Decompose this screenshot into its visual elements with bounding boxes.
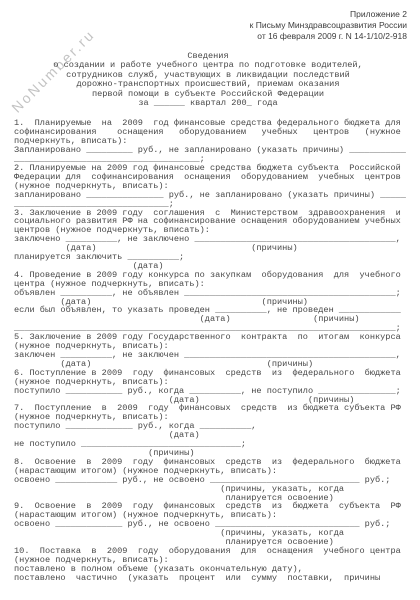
form-item-9: 10. Поставка в 2009 году оборудования дл… xyxy=(14,547,402,583)
form-item-3: 3. Заключение в 2009 году соглашения с М… xyxy=(14,209,402,271)
form-item-4: 4. Проведение в 2009 году конкурса по за… xyxy=(14,271,402,333)
text-line: от 16 февраля 2009 г. N 14-1/10/2-918 xyxy=(250,31,407,42)
form-item-6: 7. Поступление в 2009 году финансовых ср… xyxy=(14,404,402,457)
document-page: NoNumber.ru Приложение 2к Письму Минздра… xyxy=(0,0,420,600)
document-title: Сведенияо создании и работе учебного цен… xyxy=(14,52,402,108)
form-item-7: 8. Освоение в 2009 году финансовых средс… xyxy=(14,458,402,503)
form-item-5: 5. Заключение в 2009 году Государственно… xyxy=(14,333,402,404)
form-items: 1. Планируемые на 2009 год финансовые ср… xyxy=(14,119,402,582)
text-line: Приложение 2 xyxy=(250,9,407,20)
form-item-1: 1. Планируемые на 2009 год финансовые ср… xyxy=(14,119,402,164)
document-header: Приложение 2к Письму Минздравсоцразвития… xyxy=(250,9,407,41)
form-item-8: 9. Освоение в 2009 году финансовых средс… xyxy=(14,502,402,547)
text-line: поставлено частично (указать процент или… xyxy=(14,574,402,583)
text-line: к Письму Минздравсоцразвития России xyxy=(250,20,407,31)
text-line: за ______ квартал 200_ года xyxy=(14,99,402,108)
form-item-2: 2. Планируемые на 2009 год финансовые ср… xyxy=(14,164,402,209)
document-body: Сведенияо создании и работе учебного цен… xyxy=(14,52,402,583)
